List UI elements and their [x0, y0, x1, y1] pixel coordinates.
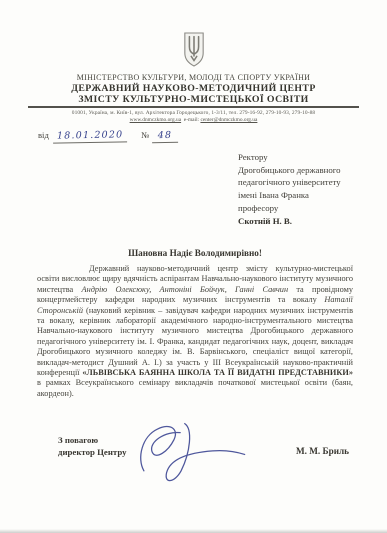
ref-number-label: № [141, 130, 149, 140]
handwritten-signature-icon [133, 418, 251, 490]
center-name-line-2: ЗМІСТУ КУЛЬТУРНО-МИСТЕЦЬКОЇ ОСВІТИ [0, 94, 387, 105]
body-segment: (науковий керівник – завідувач кафедри н… [37, 306, 353, 377]
recipient-line: Дрогобицького державного [238, 164, 341, 177]
ref-date-label: від [38, 130, 49, 140]
email-label: e-mail: [184, 117, 199, 123]
recipient-line: імені Івана Франка [238, 189, 341, 202]
recipient-line: Ректору [238, 151, 341, 164]
closing-block: З повагою директор Центру [58, 434, 127, 458]
reference-row: від18.01.2020№48 [38, 130, 178, 143]
contact-line: www.dnmczkmo.org.ua e-mail: center@dnmcz… [0, 117, 387, 123]
header-rule [28, 106, 359, 108]
recipient-block: Ректору Дрогобицького державного педагог… [238, 151, 341, 227]
body-segment: в рамках Всеукраїнського семінару виклад… [37, 378, 353, 397]
scanned-letter-page: МІНІСТЕРСТВО КУЛЬТУРИ, МОЛОДІ ТА СПОРТУ … [0, 0, 387, 533]
address-line: 01001, Україна, м. Київ-1, вул. Архітект… [0, 110, 387, 116]
handwritten-number: 48 [152, 130, 178, 143]
recipient-line: професору [238, 202, 341, 215]
body-segment: «ЛЬВІВСЬКА БАЯННА ШКОЛА ТА ЇЇ ВИДАТНІ ПР… [82, 368, 353, 377]
signer-name: М. М. Бриль [296, 446, 349, 456]
recipient-line: педагогічного університету [238, 176, 341, 189]
body-segment: Андрію Олексюку, Антоніні Бойчук, Ганні … [82, 285, 289, 294]
recipient-name: Скотній Н. В. [238, 215, 341, 228]
ministry-line: МІНІСТЕРСТВО КУЛЬТУРИ, МОЛОДІ ТА СПОРТУ … [0, 73, 387, 82]
closing-regards: З повагою [58, 434, 127, 446]
handwritten-date: 18.01.2020 [53, 129, 128, 143]
ukraine-trident-icon [183, 31, 205, 68]
center-name-line-1: ДЕРЖАВНИЙ НАУКОВО-МЕТОДИЧНИЙ ЦЕНТР [0, 83, 387, 94]
email-link: center@dnmczkmo.org.ua [200, 117, 257, 123]
closing-position: директор Центру [58, 446, 127, 458]
body-paragraph: Державний науково-методичний центр зміст… [37, 264, 353, 399]
website-link: www.dnmczkmo.org.ua [130, 117, 182, 123]
salutation: Шановна Надіє Володимирівно! [37, 248, 353, 258]
scan-bottom-edge [0, 529, 387, 533]
